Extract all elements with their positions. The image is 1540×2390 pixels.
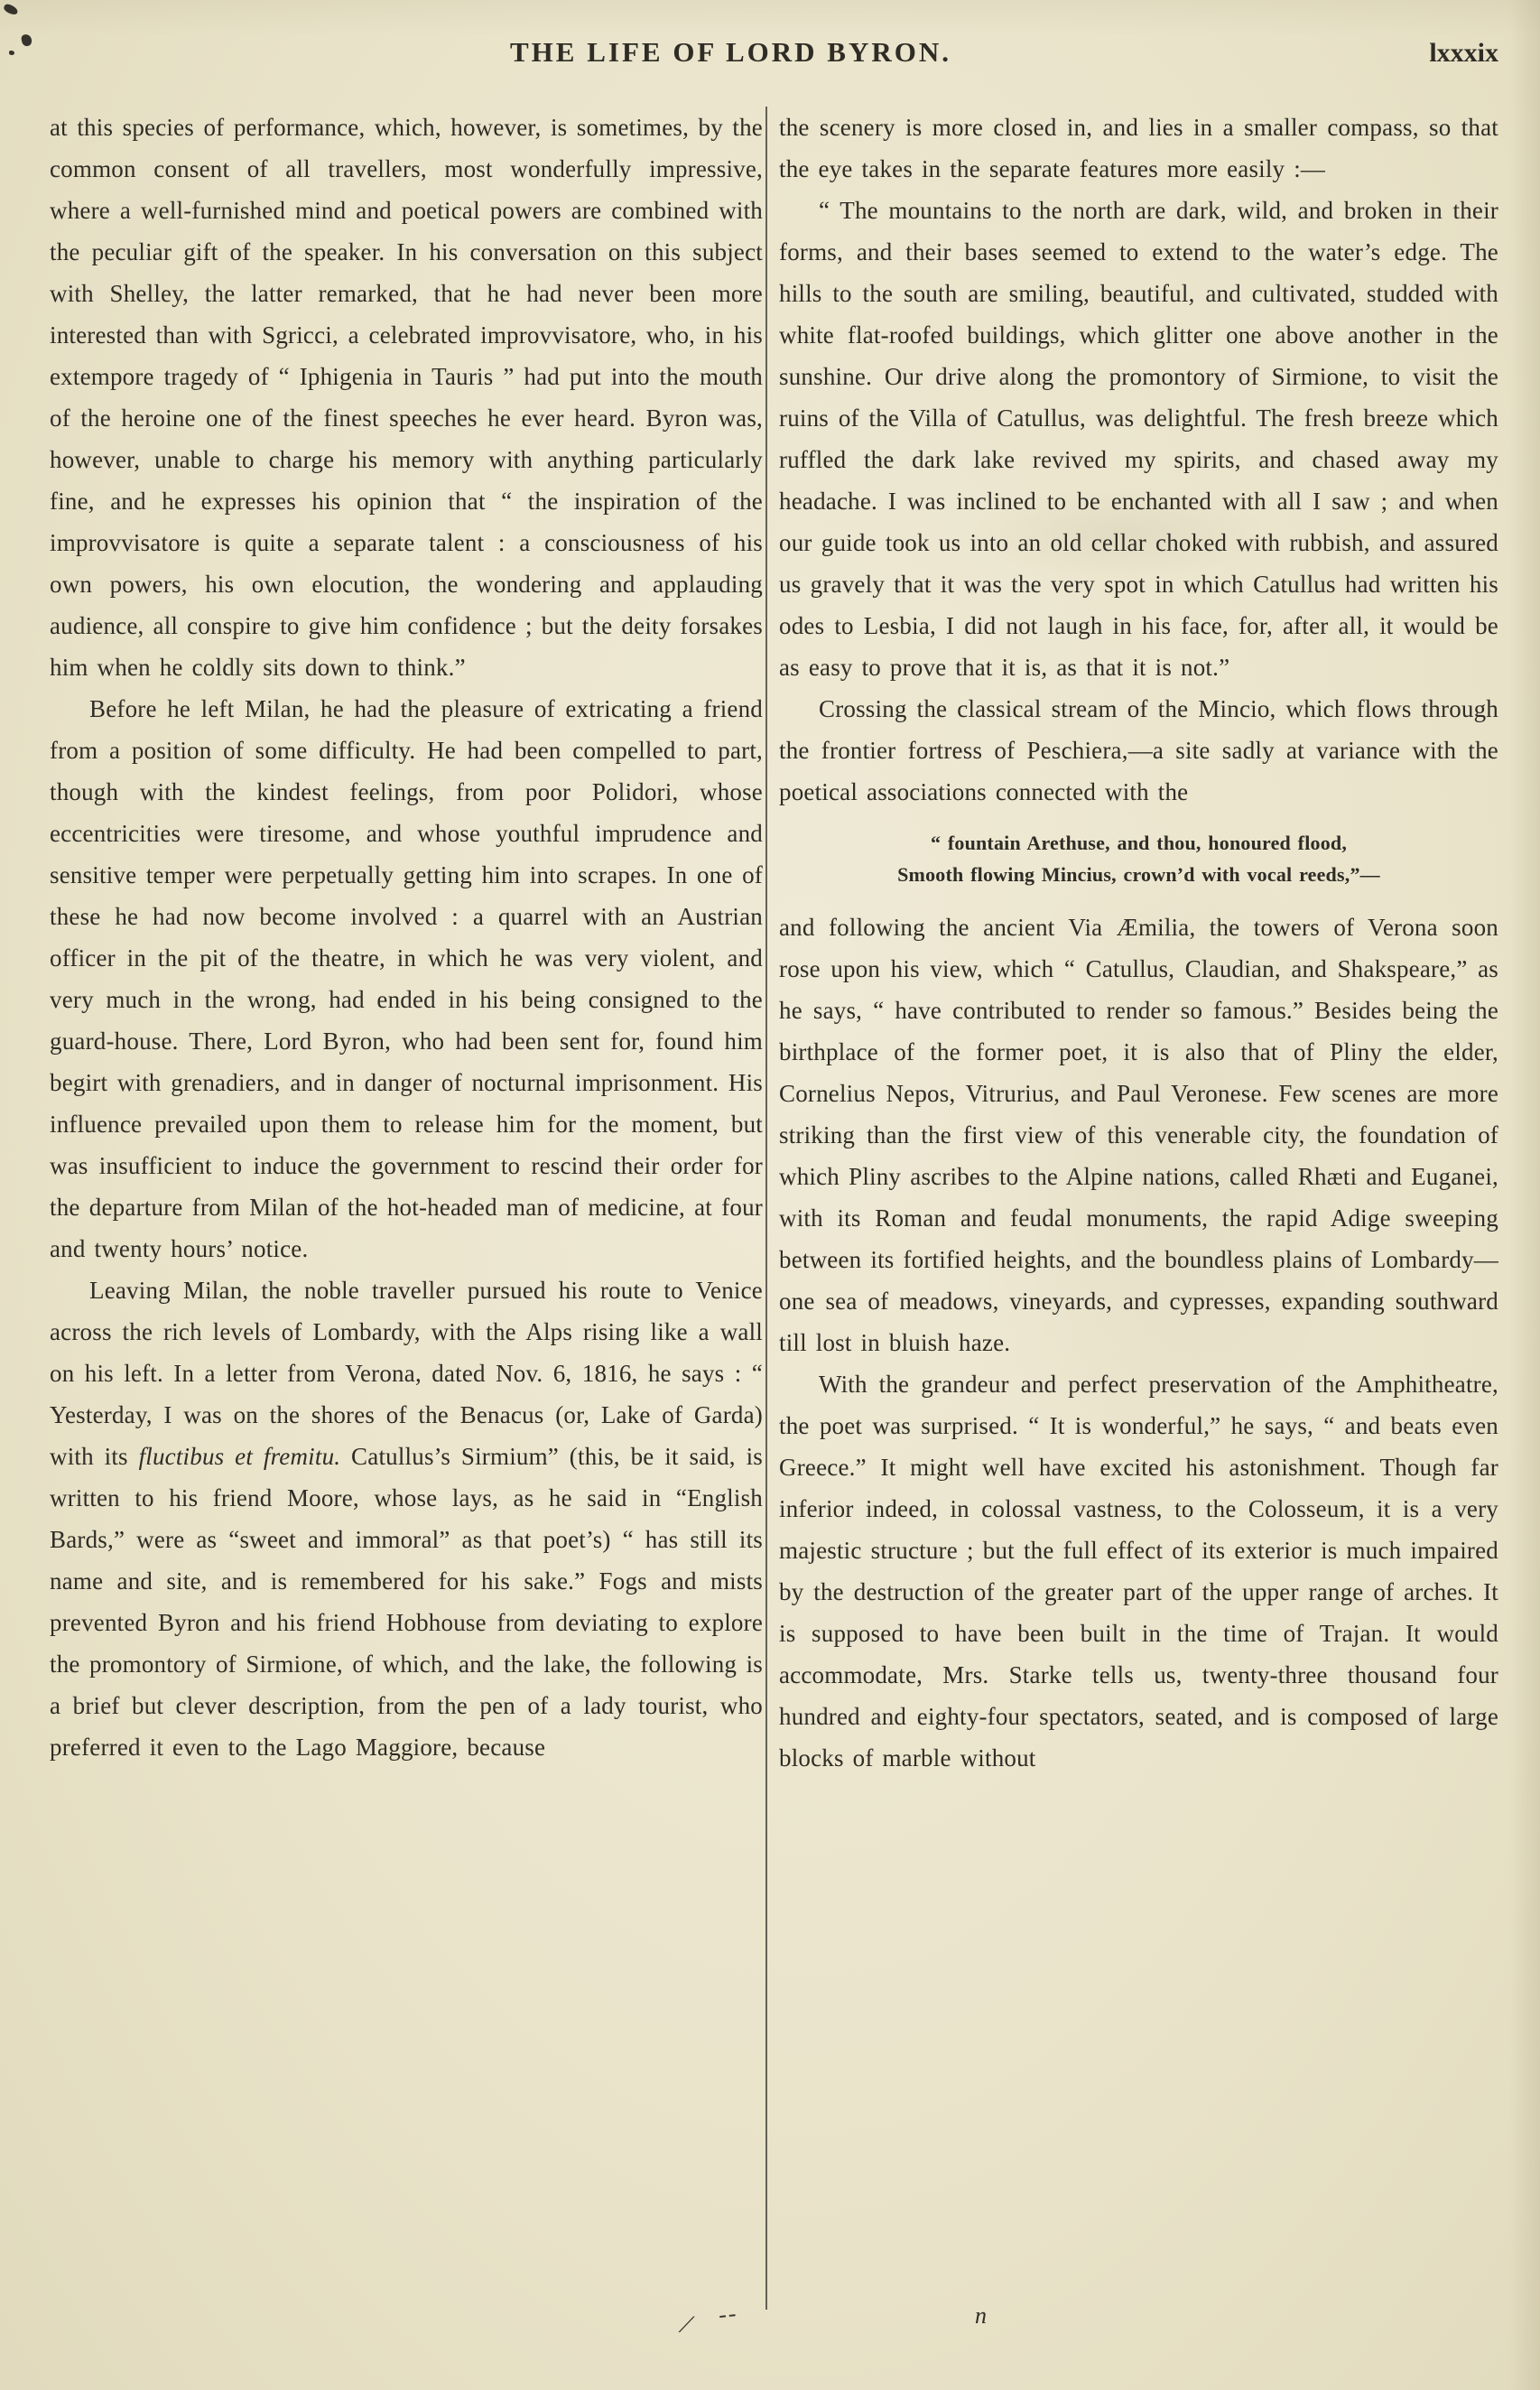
- right-column: the scenery is more closed in, and lies …: [779, 107, 1498, 2310]
- stray-ink-mark: ⁄: [682, 2310, 691, 2340]
- verse-line: “ fountain Arethuse, and thou, honoured …: [779, 827, 1498, 859]
- ink-speck: [3, 3, 19, 16]
- left-column: at this species of performance, which, h…: [50, 107, 763, 2310]
- scanned-book-page: { "header": { "title": "THE LIFE OF LORD…: [0, 0, 1540, 2390]
- paragraph: Crossing the classical stream of the Min…: [779, 688, 1498, 813]
- paragraph-continuation: at this species of performance, which, h…: [50, 107, 763, 688]
- stray-ink-mark: --: [717, 2300, 738, 2329]
- signature-mark: n: [975, 2302, 987, 2330]
- page-header: THE LIFE OF LORD BYRON. lxxxix: [50, 36, 1498, 78]
- paragraph: “ The mountains to the north are dark, w…: [779, 190, 1498, 688]
- page-number: lxxxix: [1429, 38, 1498, 69]
- paragraph-continuation: the scenery is more closed in, and lies …: [779, 107, 1498, 190]
- column-divider-rule: [765, 107, 767, 2310]
- paragraph-text: Catullus’s Sirmium” (this, be it said, i…: [50, 1443, 763, 1761]
- paragraph: Leaving Milan, the noble traveller pursu…: [50, 1269, 763, 1768]
- text-columns: at this species of performance, which, h…: [50, 107, 1498, 2310]
- ink-speck: [9, 51, 14, 55]
- running-title: THE LIFE OF LORD BYRON.: [6, 36, 1455, 69]
- verse-line: Smooth flowing Mincius, crown’d with voc…: [779, 859, 1498, 890]
- paragraph: With the grandeur and perfect preservati…: [779, 1363, 1498, 1779]
- latin-phrase: fluctibus et fremitu.: [139, 1443, 341, 1470]
- paragraph: Before he left Milan, he had the pleasur…: [50, 688, 763, 1269]
- paragraph-text: Leaving Milan, the noble traveller pursu…: [50, 1277, 763, 1470]
- verse-quote: “ fountain Arethuse, and thou, honoured …: [779, 827, 1498, 890]
- paragraph-continuation: and following the ancient Via Æmilia, th…: [779, 907, 1498, 1363]
